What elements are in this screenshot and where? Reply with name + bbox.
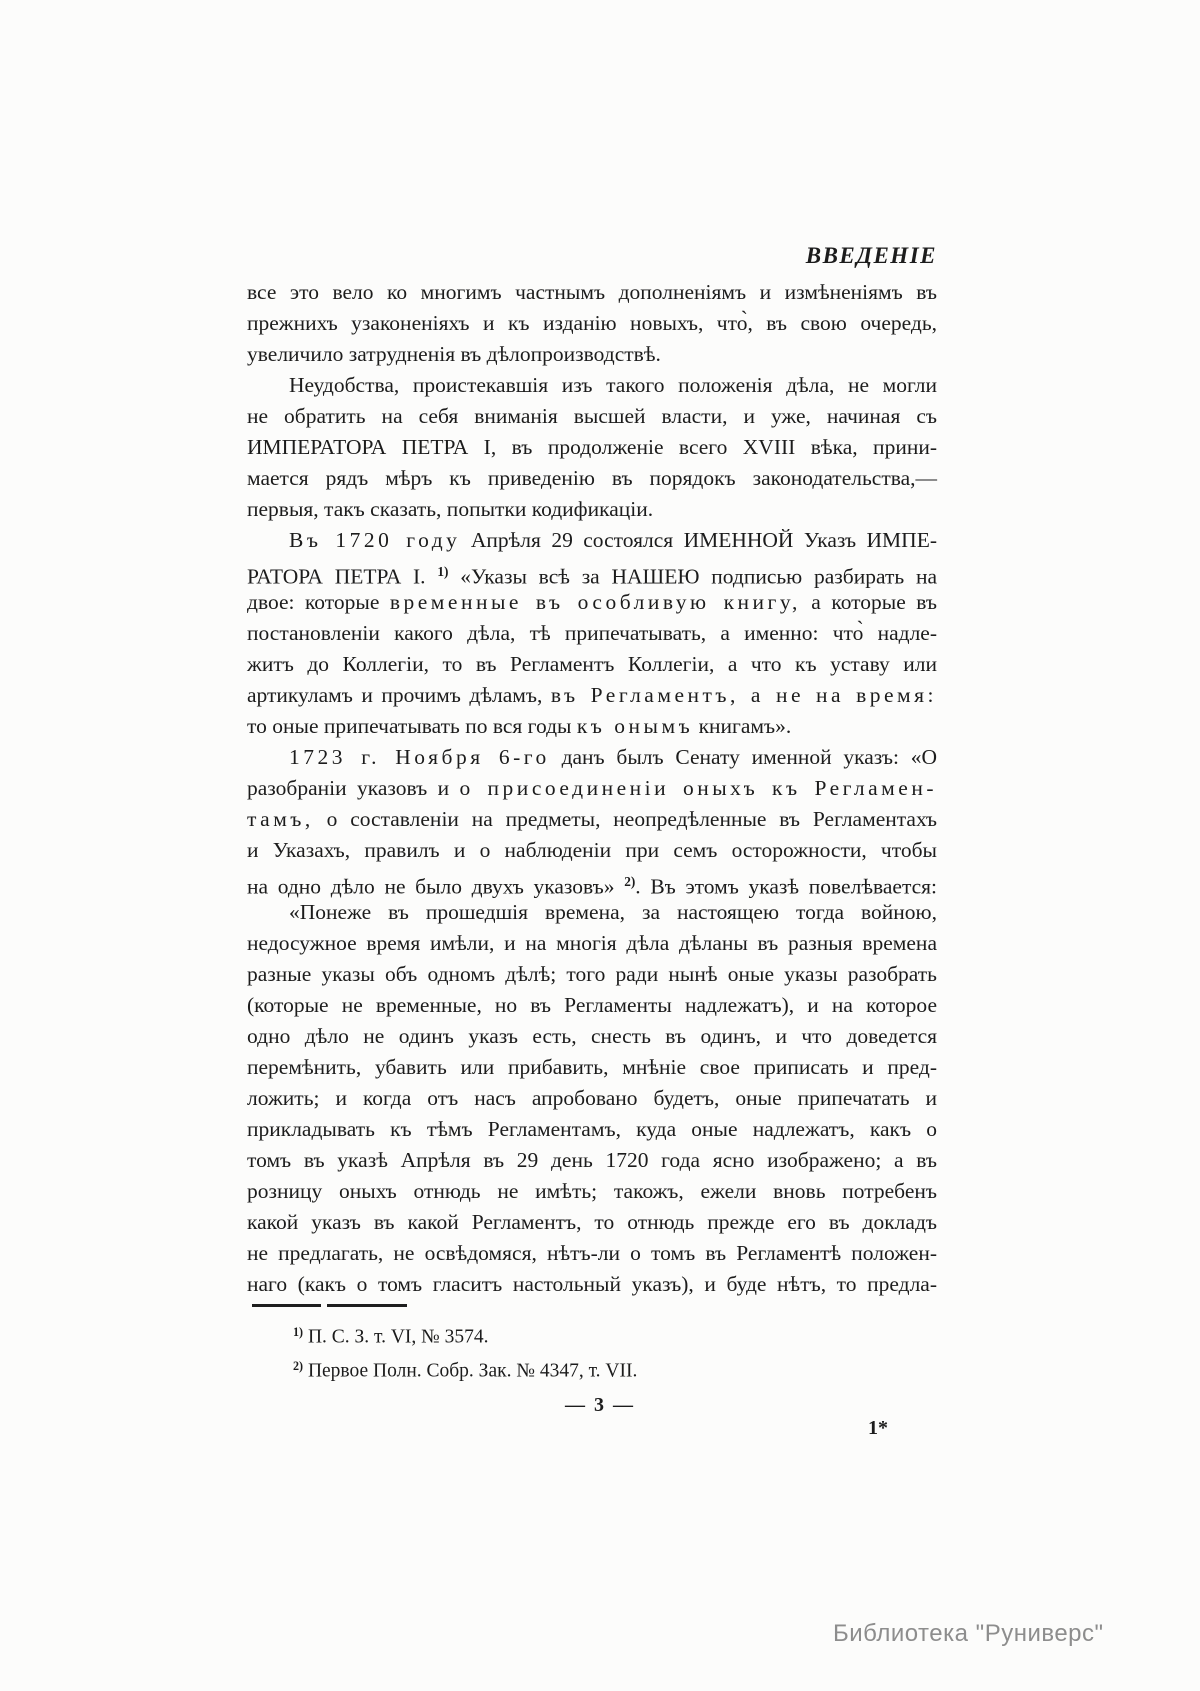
text-segment: томъ въ указѣ Апрѣля въ 29 день 1720 год…	[247, 1148, 937, 1172]
text-segment: Апрѣля 29 состоялся ИМЕННОЙ Указъ ИМПЕ-	[460, 528, 937, 552]
text-segment: перемѣнить, убавить или прибавить, мнѣні…	[247, 1055, 937, 1079]
footnote-text: П. С. З. т. VI, № 3574.	[303, 1327, 488, 1348]
library-watermark: Библиотека "Руниверс"	[833, 1620, 1104, 1648]
text-segment: то оные припечатывать по вся годы	[247, 714, 577, 738]
text-segment: недосужное время имѣли, и на многія дѣла…	[247, 931, 937, 955]
text-line: ложить; и когда отъ насъ апробовано буде…	[247, 1083, 937, 1114]
text-line: не предлагать, не освѣдомяся, нѣтъ-ли о …	[247, 1238, 937, 1269]
text-line: тамъ, о составленіи на предметы, неопред…	[247, 804, 937, 835]
text-line: Въ 1720 году Апрѣля 29 состоялся ИМЕННОЙ…	[247, 525, 937, 556]
text-segment: артикуламъ и прочимъ дѣламъ,	[247, 683, 551, 707]
text-line: и Указахъ, правилъ и о наблюденіи при се…	[247, 835, 937, 866]
text-segment: прежнихъ узаконеніяхъ и къ изданію новых…	[247, 311, 937, 335]
text-segment: одно дѣло не одинъ указъ есть, снесть въ…	[247, 1024, 937, 1048]
text-line: разные указы объ одномъ дѣлѣ; того ради …	[247, 959, 937, 990]
text-line: прежнихъ узаконеніяхъ и къ изданію новых…	[247, 308, 937, 339]
text-segment: о составленіи на предметы, неопредѣленны…	[314, 807, 937, 831]
text-segment: не обратить на себя вниманія высшей влас…	[247, 404, 937, 428]
text-line: перемѣнить, убавить или прибавить, мнѣні…	[247, 1052, 937, 1083]
text-line: артикуламъ и прочимъ дѣламъ, въ Регламен…	[247, 680, 937, 711]
text-line: розницу оныхъ отнюдь не имѣть; такожъ, е…	[247, 1176, 937, 1207]
text-line: не обратить на себя вниманія высшей влас…	[247, 401, 937, 432]
text-segment: въ Регламентъ, а не на время:	[551, 683, 937, 707]
text-segment: къ онымъ	[577, 714, 693, 738]
text-segment: какой указъ въ какой Регламентъ, то отню…	[247, 1210, 937, 1234]
text-line: на одно дѣло не было двухъ указовъ» 2). …	[247, 866, 937, 897]
footnotes-list: 1) П. С. З. т. VI, № 3574.2) Первое Полн…	[293, 1318, 937, 1385]
text-line: томъ въ указѣ Апрѣля въ 29 день 1720 год…	[247, 1145, 937, 1176]
text-segment: первыя, такъ сказать, попытки кодификаці…	[247, 497, 653, 521]
running-head: ВВЕДЕНІЕ	[247, 243, 937, 269]
text-segment: и Указахъ, правилъ и о наблюденіи при се…	[247, 838, 937, 862]
text-segment: не предлагать, не освѣдомяся, нѣтъ-ли о …	[247, 1241, 937, 1265]
text-line: РАТОРА ПЕТРА I. 1) «Указы всѣ за НАШЕЮ п…	[247, 556, 937, 587]
text-line: ИМПЕРАТОРА ПЕТРА I, въ продолженіе всего…	[247, 432, 937, 463]
text-segment: двое: которые	[247, 590, 390, 614]
text-segment: «Указы всѣ за НАШЕЮ подписью разбирать н…	[448, 564, 937, 588]
text-segment: разобраніи указовъ и	[247, 776, 459, 800]
text-segment: Въ 1720 году	[289, 528, 460, 552]
text-segment: на одно дѣло не было двухъ указовъ»	[247, 874, 624, 898]
footnote-separator	[252, 1304, 407, 1307]
text-segment: 1723 г. Ноября 6-го	[289, 745, 550, 769]
text-segment: временные въ особливую книгу,	[390, 590, 801, 614]
text-line: 1723 г. Ноября 6-го данъ былъ Сенату име…	[247, 742, 937, 773]
footnote-mark: 2)	[293, 1359, 303, 1373]
text-line: постановленіи какого дѣла, тѣ припечатыв…	[247, 618, 937, 649]
text-segment: розницу оныхъ отнюдь не имѣть; такожъ, е…	[247, 1179, 937, 1203]
text-line: одно дѣло не одинъ указъ есть, снесть въ…	[247, 1021, 937, 1052]
text-segment: тамъ,	[247, 807, 314, 831]
text-line: разобраніи указовъ и о присоединеніи оны…	[247, 773, 937, 804]
text-segment: житъ до Коллегіи, то въ Регламентъ Колле…	[247, 652, 937, 676]
text-segment: разные указы объ одномъ дѣлѣ; того ради …	[247, 962, 937, 986]
text-line: все это вело ко многимъ частнымъ дополне…	[247, 277, 937, 308]
text-line: какой указъ въ какой Регламентъ, то отню…	[247, 1207, 937, 1238]
text-segment: все это вело ко многимъ частнымъ дополне…	[247, 280, 937, 304]
text-segment: РАТОРА ПЕТРА I.	[247, 564, 437, 588]
text-line: житъ до Коллегіи, то въ Регламентъ Колле…	[247, 649, 937, 680]
text-segment: книгамъ».	[693, 714, 791, 738]
footnote: 2) Первое Полн. Собр. Зак. № 4347, т. VI…	[293, 1352, 937, 1386]
text-line: то оные припечатывать по вся годы къ оны…	[247, 711, 937, 742]
text-segment: мается рядъ мѣръ къ приведенію въ порядо…	[247, 466, 937, 490]
text-line: «Понеже въ прошедшія времена, за настоящ…	[247, 897, 937, 928]
footnote-ref: 1)	[437, 564, 448, 579]
footnote: 1) П. С. З. т. VI, № 3574.	[293, 1318, 937, 1352]
footnote-mark: 1)	[293, 1325, 303, 1339]
text-segment: ИМПЕРАТОРА ПЕТРА I, въ продолженіе всего…	[247, 435, 937, 459]
text-segment: данъ былъ Сенату именной указъ: «О	[550, 745, 937, 769]
text-segment: увеличило затрудненія въ дѣлопроизводств…	[247, 342, 661, 366]
text-segment: о присоединеніи оныхъ къ Регламен-	[459, 776, 937, 800]
text-segment: (которые не временные, но въ Регламенты …	[247, 993, 937, 1017]
text-line: мается рядъ мѣръ къ приведенію въ порядо…	[247, 463, 937, 494]
text-line: Неудобства, проистекавшія изъ такого пол…	[247, 370, 937, 401]
footnote-separator-segment	[327, 1304, 407, 1307]
text-line: (которые не временные, но въ Регламенты …	[247, 990, 937, 1021]
scanned-book-page: ВВЕДЕНІЕ все это вело ко многимъ частным…	[0, 0, 1200, 1691]
text-segment: . Въ этомъ указѣ повелѣвается:	[635, 874, 937, 898]
text-segment: ложить; и когда отъ насъ апробовано буде…	[247, 1086, 937, 1110]
footnote-ref: 2)	[624, 874, 635, 889]
text-line: увеличило затрудненія въ дѣлопроизводств…	[247, 339, 937, 370]
text-segment: постановленіи какого дѣла, тѣ припечатыв…	[247, 621, 937, 645]
page-number: — 3 —	[0, 1394, 1200, 1417]
text-segment: Неудобства, проистекавшія изъ такого пол…	[289, 373, 937, 397]
text-segment: а которые въ	[801, 590, 937, 614]
signature-mark: 1*	[868, 1417, 888, 1440]
text-line: недосужное время имѣли, и на многія дѣла…	[247, 928, 937, 959]
text-line: первыя, такъ сказать, попытки кодификаці…	[247, 494, 937, 525]
text-segment: прикладывать къ тѣмъ Регламентамъ, куда …	[247, 1117, 937, 1141]
footnote-separator-segment	[252, 1304, 321, 1307]
body-text: все это вело ко многимъ частнымъ дополне…	[247, 277, 937, 1300]
text-line: двое: которые временные въ особливую кни…	[247, 587, 937, 618]
text-segment: наго (какъ о томъ гласитъ настольный ука…	[247, 1272, 937, 1296]
text-line: наго (какъ о томъ гласитъ настольный ука…	[247, 1269, 937, 1300]
footnote-text: Первое Полн. Собр. Зак. № 4347, т. VII.	[303, 1360, 637, 1381]
text-segment: «Понеже въ прошедшія времена, за настоящ…	[289, 900, 937, 924]
text-line: прикладывать къ тѣмъ Регламентамъ, куда …	[247, 1114, 937, 1145]
